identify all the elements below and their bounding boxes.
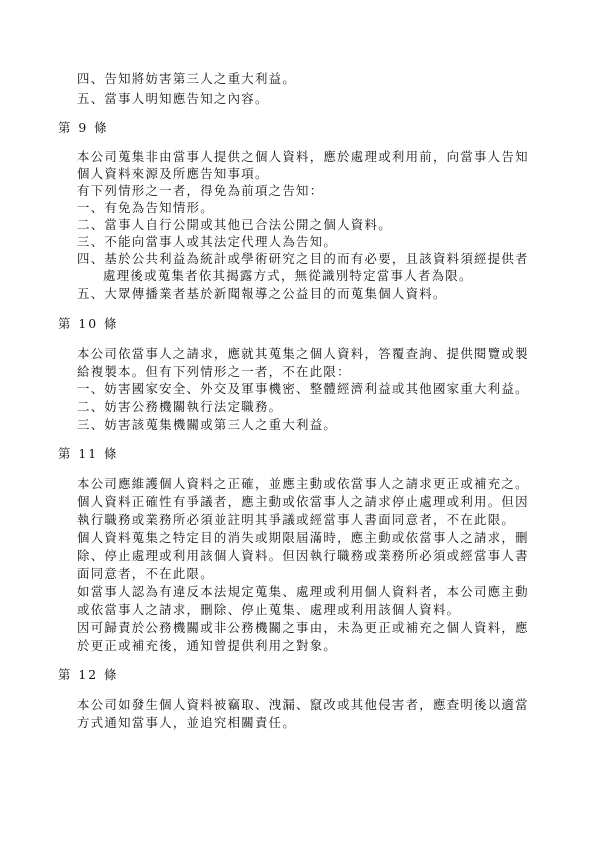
- paragraph-line: 或依當事人之請求，刪除、停止蒐集、處理或利用該個人資料。: [77, 602, 460, 618]
- paragraph-line: 如當事人認為有違反本法規定蒐集、處理或利用個人資料者，本公司應主動: [77, 584, 529, 600]
- paragraph-line: 個人資料正確性有爭議者，應主動或依當事人之請求停止處理或利用。但因: [77, 494, 529, 510]
- paragraph-line: 面同意者，不在此限。: [77, 566, 214, 582]
- paragraph-line: 二、當事人自行公開或其他已合法公開之個人資料。: [77, 217, 392, 233]
- paragraph-line: 因可歸責於公務機關或非公務機關之事由，未為更正或補充之個人資料，應: [77, 620, 529, 636]
- paragraph-line: 四、基於公共利益為統計或學術研究之目的而有必要，且該資料須經提供者: [77, 251, 529, 267]
- paragraph-line: 於更正或補充後，通知曾提供利用之對象。: [77, 638, 337, 654]
- document-page: 四、告知將妨害第三人之重大利益。五、當事人明知應告知之內容。第 9 條本公司蒐集…: [0, 0, 595, 842]
- paragraph-line: 個人資料蒐集之特定目的消失或期限屆滿時，應主動或依當事人之請求，刪: [77, 530, 529, 546]
- paragraph-line: 有下列情形之一者，得免為前項之告知：: [77, 183, 323, 199]
- article-heading: 第 10 條: [58, 316, 118, 332]
- article-heading: 第 9 條: [58, 120, 109, 136]
- paragraph-line: 除、停止處理或利用該個人資料。但因執行職務或業務所必須或經當事人書: [77, 548, 529, 564]
- paragraph-line: 五、當事人明知應告知之內容。: [77, 91, 269, 107]
- paragraph-line: 給複製本。但有下列情形之一者，不在此限：: [77, 364, 351, 380]
- article-heading: 第 11 條: [58, 446, 118, 462]
- paragraph-line: 二、妨害公務機關執行法定職務。: [77, 399, 282, 415]
- paragraph-line: 三、不能向當事人或其法定代理人為告知。: [77, 234, 337, 250]
- paragraph-line: 本公司蒐集非由當事人提供之個人資料，應於處理或利用前，向當事人告知: [77, 149, 529, 165]
- paragraph-line: 本公司如發生個人資料被竊取、洩漏、竄改或其他侵害者，應查明後以適當: [77, 697, 529, 713]
- paragraph-line: 五、大眾傳播業者基於新聞報導之公益目的而蒐集個人資料。: [77, 286, 447, 302]
- paragraph-line: 三、妨害該蒐集機關或第三人之重大利益。: [77, 417, 337, 433]
- paragraph-line: 本公司依當事人之請求，應就其蒐集之個人資料，答覆查詢、提供閱覽或製: [77, 346, 529, 362]
- article-heading: 第 12 條: [58, 667, 118, 683]
- paragraph-line: 方式通知當事人，並追究相關責任。: [77, 715, 296, 731]
- paragraph-line: 一、有免為告知情形。: [77, 200, 214, 216]
- paragraph-line: 處理後或蒐集者依其揭露方式，無從識別特定當事人者為限。: [103, 268, 473, 284]
- paragraph-line: 個人資料來源及所應告知事項。: [77, 166, 269, 182]
- paragraph-line: 四、告知將妨害第三人之重大利益。: [77, 71, 296, 87]
- paragraph-line: 執行職務或業務所必須並註明其爭議或經當事人書面同意者，不在此限。: [77, 512, 515, 528]
- paragraph-line: 本公司應維護個人資料之正確，並應主動或依當事人之請求更正或補充之。: [77, 476, 529, 492]
- paragraph-line: 一、妨害國家安全、外交及軍事機密、整體經濟利益或其他國家重大利益。: [77, 381, 529, 397]
